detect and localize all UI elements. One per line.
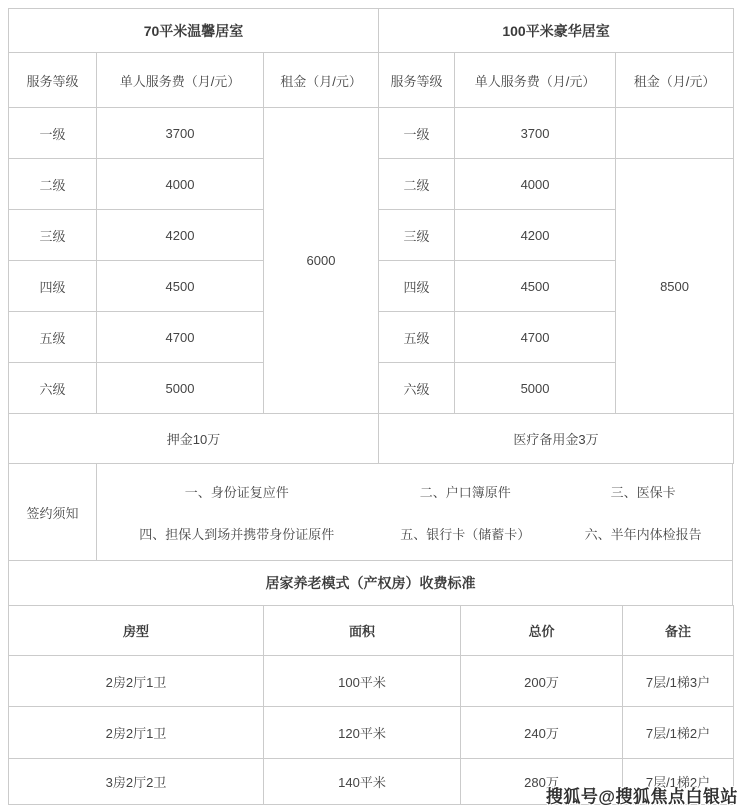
pricing-sheet: 70平米温馨居室 100平米豪华居室 服务等级 单人服务费（月/元） 租金（月/… — [0, 0, 740, 812]
signing-notes-label: 签约须知 — [9, 464, 97, 560]
left-level-cell: 二级 — [9, 159, 97, 210]
signing-note-item: 四、担保人到场并携带身份证原件 — [139, 524, 334, 543]
left-level-cell: 六级 — [9, 363, 97, 414]
deposit-row: 押金10万 医疗备用金3万 — [9, 414, 734, 464]
signing-note-item: 三、医保卡 — [611, 482, 676, 501]
right-fee-cell: 4500 — [455, 261, 616, 312]
right-fee-cell: 4000 — [455, 159, 616, 210]
signing-note-item: 五、银行卡（储蓄卡） — [400, 524, 530, 543]
right-rent-cell: 8500 — [616, 159, 734, 414]
left-fee-cell: 5000 — [97, 363, 264, 414]
property-note-cell: 7层/1梯3户 — [623, 656, 734, 707]
signing-note-item: 二、户口簿原件 — [420, 482, 511, 501]
right-fee-cell: 4700 — [455, 312, 616, 363]
column-header-row: 服务等级 单人服务费（月/元） 租金（月/元） 服务等级 单人服务费（月/元） … — [9, 53, 734, 108]
property-section-title: 居家养老模式（产权房）收费标准 — [8, 560, 733, 606]
left-fee-cell: 4700 — [97, 312, 264, 363]
property-price-cell: 200万 — [461, 656, 623, 707]
left-header-rent: 租金（月/元） — [264, 53, 379, 108]
right-level-cell: 五级 — [379, 312, 455, 363]
table-content: 70平米温馨居室 100平米豪华居室 服务等级 单人服务费（月/元） 租金（月/… — [8, 8, 733, 805]
signing-notes-row: 签约须知 一、身份证复应件 二、户口簿原件 三、医保卡 四、担保人到场并携带身份… — [8, 463, 733, 561]
right-rent-empty-cell — [616, 108, 734, 159]
property-area-cell: 120平米 — [264, 707, 461, 759]
left-fee-cell: 4200 — [97, 210, 264, 261]
signing-notes-list: 一、身份证复应件 二、户口簿原件 三、医保卡 四、担保人到场并携带身份证原件 五… — [97, 464, 732, 560]
property-area-cell: 140平米 — [264, 759, 461, 805]
left-header-fee: 单人服务费（月/元） — [97, 53, 264, 108]
left-room-title: 70平米温馨居室 — [9, 9, 379, 53]
right-level-cell: 一级 — [379, 108, 455, 159]
left-fee-cell: 4000 — [97, 159, 264, 210]
right-level-cell: 三级 — [379, 210, 455, 261]
service-pricing-table: 70平米温馨居室 100平米豪华居室 服务等级 单人服务费（月/元） 租金（月/… — [8, 8, 734, 464]
right-level-cell: 四级 — [379, 261, 455, 312]
left-level-cell: 三级 — [9, 210, 97, 261]
left-level-cell: 一级 — [9, 108, 97, 159]
property-header-note: 备注 — [623, 606, 734, 656]
right-header-fee: 单人服务费（月/元） — [455, 53, 616, 108]
property-row: 2房2厅1卫 100平米 200万 7层/1梯3户 — [9, 656, 734, 707]
right-header-rent: 租金（月/元） — [616, 53, 734, 108]
left-fee-cell: 4500 — [97, 261, 264, 312]
signing-note-item: 六、半年内体检报告 — [585, 524, 702, 543]
property-pricing-table: 房型 面积 总价 备注 2房2厅1卫 100平米 200万 7层/1梯3户 2房… — [8, 605, 734, 805]
property-type-cell: 2房2厅1卫 — [9, 707, 264, 759]
right-room-title: 100平米豪华居室 — [379, 9, 734, 53]
property-header-row: 房型 面积 总价 备注 — [9, 606, 734, 656]
property-price-cell: 240万 — [461, 707, 623, 759]
right-level-cell: 二级 — [379, 159, 455, 210]
property-type-cell: 2房2厅1卫 — [9, 656, 264, 707]
property-header-price: 总价 — [461, 606, 623, 656]
left-header-level: 服务等级 — [9, 53, 97, 108]
room-title-row: 70平米温馨居室 100平米豪华居室 — [9, 9, 734, 53]
left-fee-cell: 3700 — [97, 108, 264, 159]
service-row-level1: 一级 3700 6000 一级 3700 — [9, 108, 734, 159]
left-level-cell: 四级 — [9, 261, 97, 312]
property-note-cell: 7层/1梯2户 — [623, 707, 734, 759]
deposit-note: 押金10万 — [9, 414, 379, 464]
right-fee-cell: 4200 — [455, 210, 616, 261]
property-header-type: 房型 — [9, 606, 264, 656]
property-area-cell: 100平米 — [264, 656, 461, 707]
property-row: 2房2厅1卫 120平米 240万 7层/1梯2户 — [9, 707, 734, 759]
left-rent-cell: 6000 — [264, 108, 379, 414]
signing-note-item: 一、身份证复应件 — [185, 482, 289, 501]
property-header-area: 面积 — [264, 606, 461, 656]
sohu-watermark: 搜狐号@搜狐焦点白银站 — [546, 781, 738, 807]
left-level-cell: 五级 — [9, 312, 97, 363]
right-header-level: 服务等级 — [379, 53, 455, 108]
right-level-cell: 六级 — [379, 363, 455, 414]
right-fee-cell: 3700 — [455, 108, 616, 159]
right-fee-cell: 5000 — [455, 363, 616, 414]
medical-reserve-note: 医疗备用金3万 — [379, 414, 734, 464]
property-type-cell: 3房2厅2卫 — [9, 759, 264, 805]
